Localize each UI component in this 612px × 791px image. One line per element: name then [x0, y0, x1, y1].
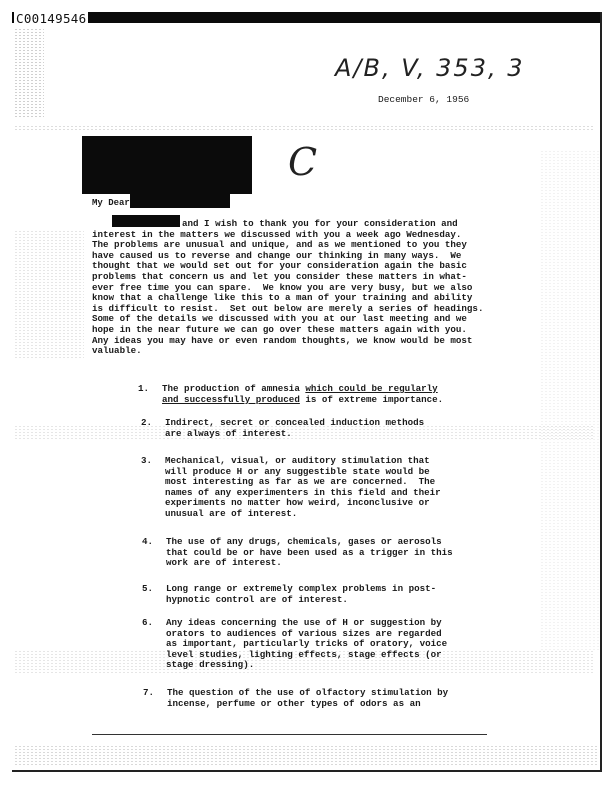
list-item-text: Mechanical, visual, or auditory stimulat…: [165, 456, 485, 520]
scan-noise: [14, 125, 594, 130]
page-edge-right: [600, 12, 602, 772]
list-item-text: Long range or extremely complex problems…: [166, 584, 486, 605]
letter-date: December 6, 1956: [378, 94, 469, 105]
item-text-rest: is of extreme importance.: [300, 394, 443, 405]
list-item-text: Indirect, secret or concealed induction …: [165, 418, 485, 439]
scan-noise: [14, 745, 599, 765]
list-item-text: The use of any drugs, chemicals, gases o…: [166, 537, 486, 569]
header-bar: [12, 12, 602, 23]
list-item-text: The production of amnesia which could be…: [162, 384, 482, 405]
redaction-block: [130, 192, 230, 208]
body-paragraph: and I wish to thank you for your conside…: [92, 219, 502, 357]
list-item-number: 5.: [142, 584, 153, 595]
scan-noise: [14, 28, 44, 118]
page-edge-bottom: [12, 770, 602, 772]
list-item-number: 4.: [142, 537, 153, 548]
scan-noise: [540, 150, 600, 650]
list-item-number: 2.: [141, 418, 152, 429]
handwritten-reference: A/B, V, 353, 3: [335, 54, 524, 82]
scan-noise: [14, 230, 84, 360]
list-item-number: 6.: [142, 618, 153, 629]
body-paragraph-text: and I wish to thank you for your conside…: [92, 218, 483, 356]
list-item-text: Any ideas concerning the use of H or sug…: [166, 618, 486, 671]
list-item-number: 1.: [138, 384, 149, 395]
list-item-text: The question of the use of olfactory sti…: [167, 688, 487, 709]
footer-rule: [92, 734, 487, 735]
item-text-plain: The production of amnesia: [162, 383, 305, 394]
document-id: C00149546: [14, 12, 88, 26]
list-item-number: 7.: [143, 688, 154, 699]
handwritten-mark: C: [288, 140, 317, 184]
redaction-block: [82, 136, 252, 194]
salutation: My Dear: [92, 198, 130, 208]
list-item-number: 3.: [141, 456, 152, 467]
